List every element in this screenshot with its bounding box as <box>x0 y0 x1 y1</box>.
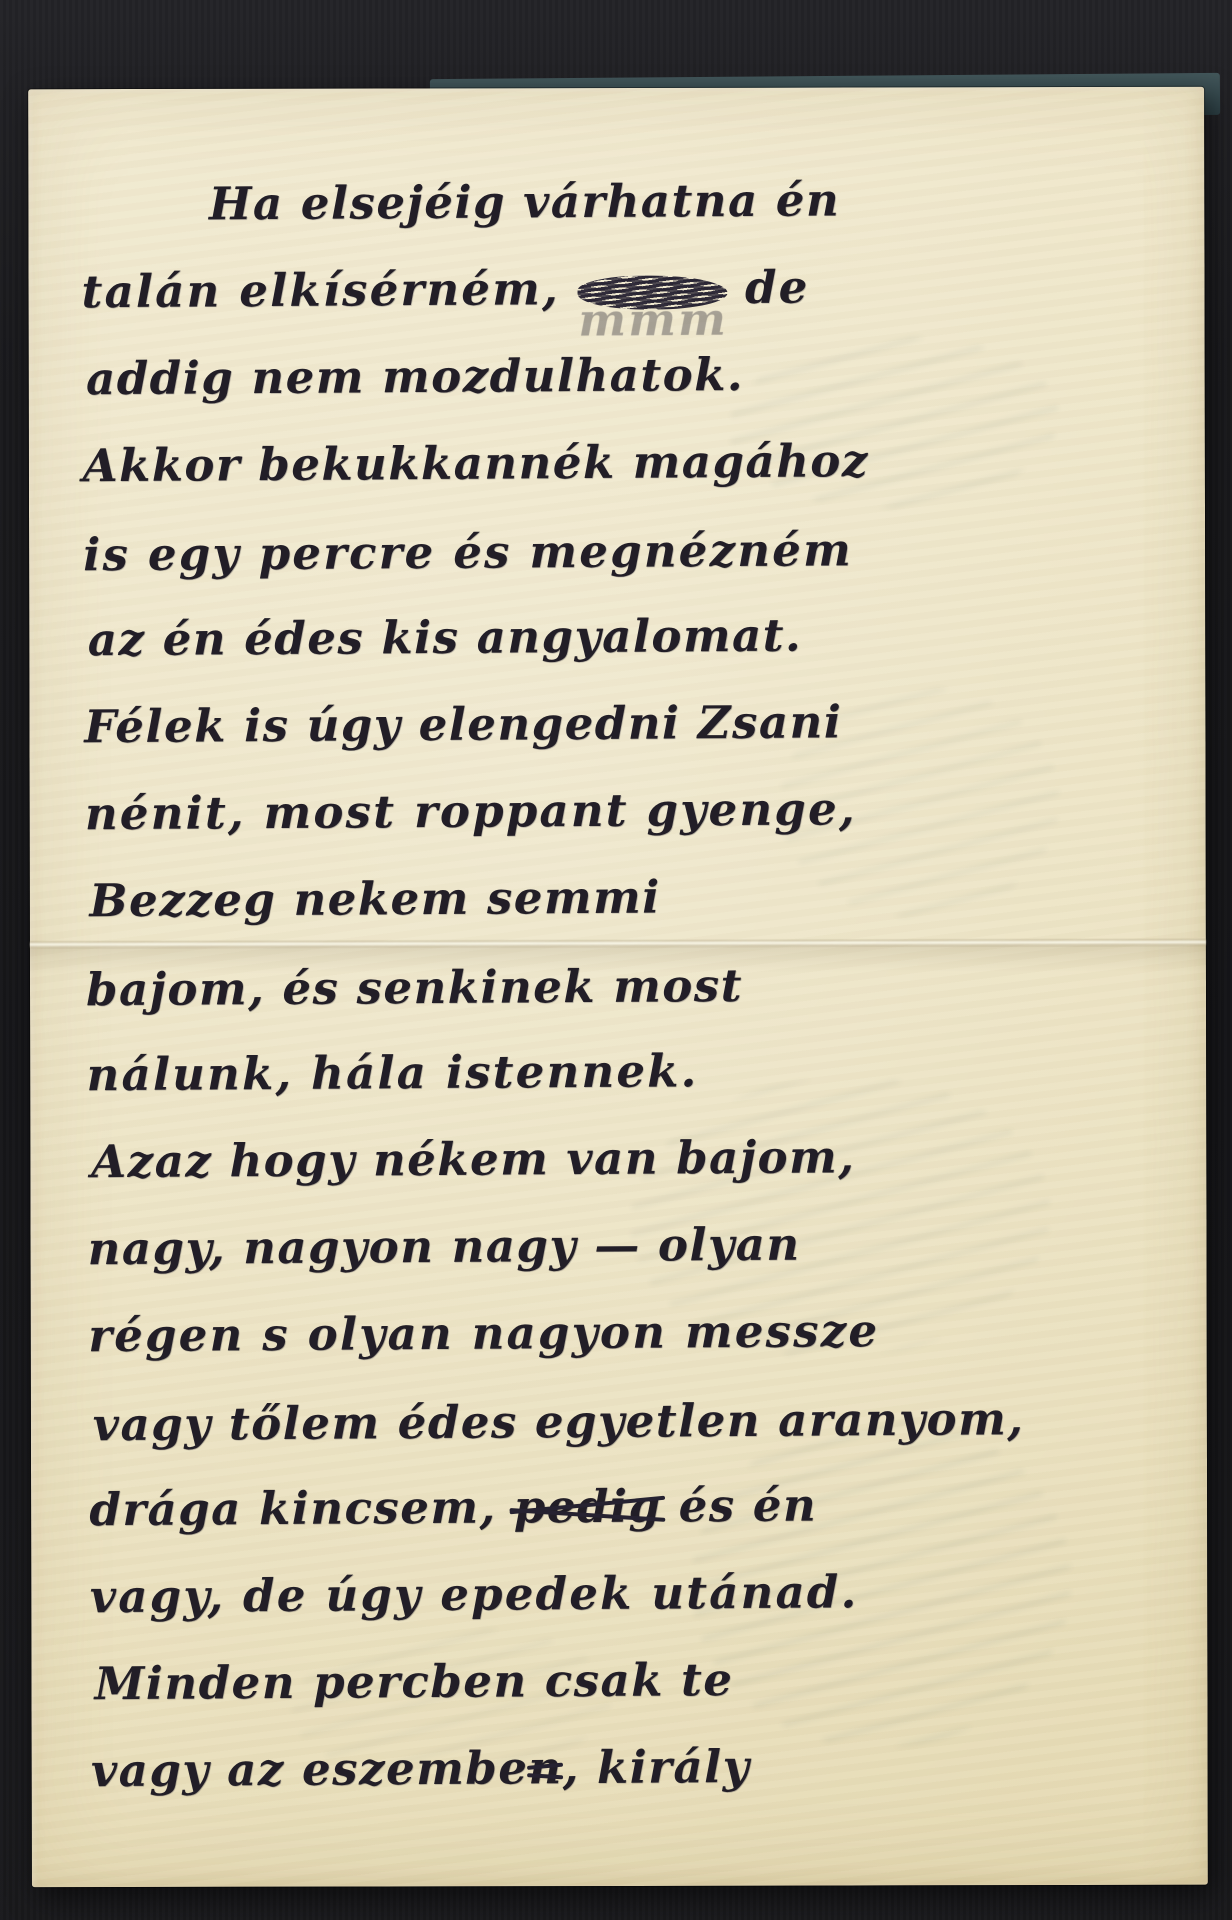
letter-line: Akkor bekukkannék magához <box>82 416 1053 509</box>
word-segment: nagy, nagyon nagy — olyan <box>88 1218 801 1276</box>
word-segment: Azaz hogy nékem van bajom, <box>91 1130 856 1188</box>
word-segment: Bezzeg nekem semmi <box>89 871 661 928</box>
letter-line: is egy percre és megnézném <box>83 505 1054 598</box>
word-segment: drága kincsem, <box>89 1480 514 1536</box>
word-segment: vagy az eszembe <box>91 1741 529 1797</box>
word-segment: Minden percben csak te <box>94 1653 733 1710</box>
paper-sheet: Ha elsejéig várhatna éntalán elkísérném,… <box>28 87 1208 1887</box>
word-segment: Ha elsejéig várhatna én <box>209 173 841 230</box>
struck-word: n <box>528 1724 563 1811</box>
photo-backdrop: Ha elsejéig várhatna éntalán elkísérném,… <box>0 0 1232 1920</box>
word-segment: vagy, de úgy epedek utánad. <box>90 1565 859 1623</box>
word-segment: vagy tőlem édes egyetlen aranyom, <box>93 1392 1025 1451</box>
letter-line: talán elkísérném, mmm de <box>81 242 1052 335</box>
letter-line: nagy, nagyon nagy — olyan <box>87 1199 1058 1292</box>
letter-line: Bezzeg nekem semmi <box>85 851 1056 944</box>
word-segment: és én <box>661 1479 817 1533</box>
word-segment: az én édes kis angyalomat. <box>88 609 803 667</box>
word-segment: Félek is úgy elengedni Zsani <box>84 695 842 753</box>
letter-line: Ha elsejéig várhatna én <box>81 155 1052 248</box>
letter-line: Félek is úgy elengedni Zsani <box>84 677 1055 770</box>
struck-word: pedig <box>514 1463 662 1551</box>
word-segment: is egy percre és megnézném <box>83 523 853 581</box>
letter-line: nénit, most roppant gyenge, <box>85 764 1056 857</box>
letter-line: Minden percben csak te <box>90 1634 1061 1727</box>
letter-line: régen s olyan nagyon messze <box>88 1286 1059 1379</box>
word-segment: addig nem mozdulhatok. <box>86 348 744 405</box>
letter-line: vagy, de úgy epedek utánad. <box>90 1547 1061 1640</box>
word-segment: de <box>727 261 810 315</box>
word-segment: bajom, és senkinek most <box>86 959 743 1016</box>
letter-line: bajom, és senkinek most <box>86 940 1057 1033</box>
letter-line: vagy az eszemben, király <box>91 1721 1062 1814</box>
word-segment: nénit, most roppant gyenge, <box>85 782 857 840</box>
letter-body: Ha elsejéig várhatna éntalán elkísérném,… <box>81 155 1062 1814</box>
letter-line: addig nem mozdulhatok. <box>82 329 1053 422</box>
word-segment: nálunk, hála istennek. <box>86 1044 698 1101</box>
letter-line: nálunk, hála istennek. <box>86 1025 1057 1118</box>
letter-line: drága kincsem, pedig és én <box>89 1460 1060 1553</box>
inkblot-scribble: mmm <box>578 275 728 310</box>
letter-line: Azaz hogy nékem van bajom, <box>87 1112 1058 1205</box>
letter-line: vagy tőlem édes egyetlen aranyom, <box>89 1375 1060 1468</box>
word-segment: talán elkísérném, <box>81 262 577 318</box>
word-segment: Akkor bekukkannék magához <box>82 434 869 492</box>
word-segment: , király <box>562 1740 750 1794</box>
letter-line: az én édes kis angyalomat. <box>83 590 1054 683</box>
word-segment: régen s olyan nagyon messze <box>88 1304 879 1362</box>
